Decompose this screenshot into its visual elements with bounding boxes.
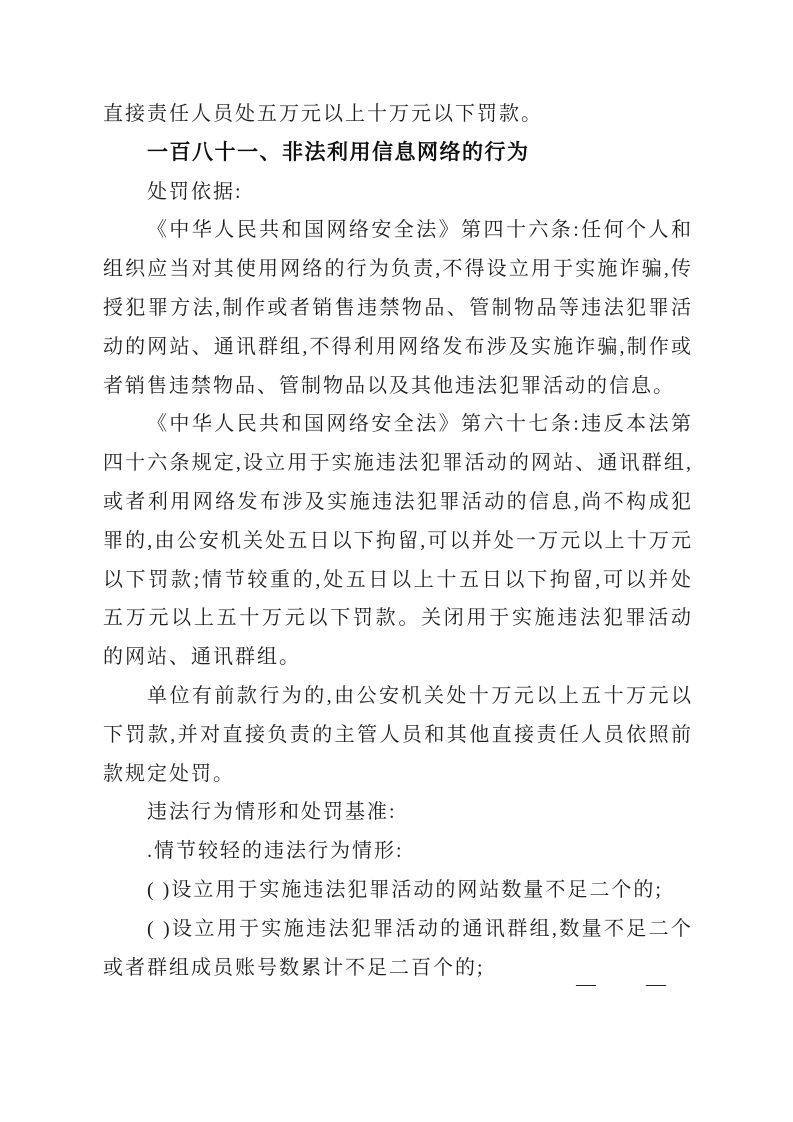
- paragraph-fine-continuation: 直接责任人员处五万元以上十万元以下罚款。: [103, 95, 693, 134]
- page-number-dash-left: —: [576, 973, 596, 995]
- section-heading: 一百八十一、非法利用信息网络的行为: [103, 134, 693, 173]
- page-number-footer: — —: [576, 973, 666, 995]
- page-number-dash-right: —: [646, 973, 666, 995]
- paragraph-penalty-basis-label: 处罚依据:: [103, 173, 693, 212]
- paragraph-item-website-count: ( )设立用于实施违法犯罪活动的网站数量不足二个的;: [103, 871, 693, 910]
- paragraph-minor-violation-label: .情节较轻的违法行为情形:: [103, 832, 693, 871]
- paragraph-unit-liability: 单位有前款行为的,由公安机关处十万元以上五十万元以下罚款,并对直接负责的主管人员…: [103, 677, 693, 793]
- paragraph-law-article-46: 《中华人民共和国网络安全法》第四十六条:任何个人和组织应当对其使用网络的行为负责…: [103, 211, 693, 405]
- document-page: 直接责任人员处五万元以上十万元以下罚款。 一百八十一、非法利用信息网络的行为 处…: [0, 0, 793, 1122]
- paragraph-law-article-67: 《中华人民共和国网络安全法》第六十七条:违反本法第四十六条规定,设立用于实施违法…: [103, 405, 693, 677]
- paragraph-violation-standard-label: 违法行为情形和处罚基准:: [103, 793, 693, 832]
- document-body: 直接责任人员处五万元以上十万元以下罚款。 一百八十一、非法利用信息网络的行为 处…: [103, 95, 693, 987]
